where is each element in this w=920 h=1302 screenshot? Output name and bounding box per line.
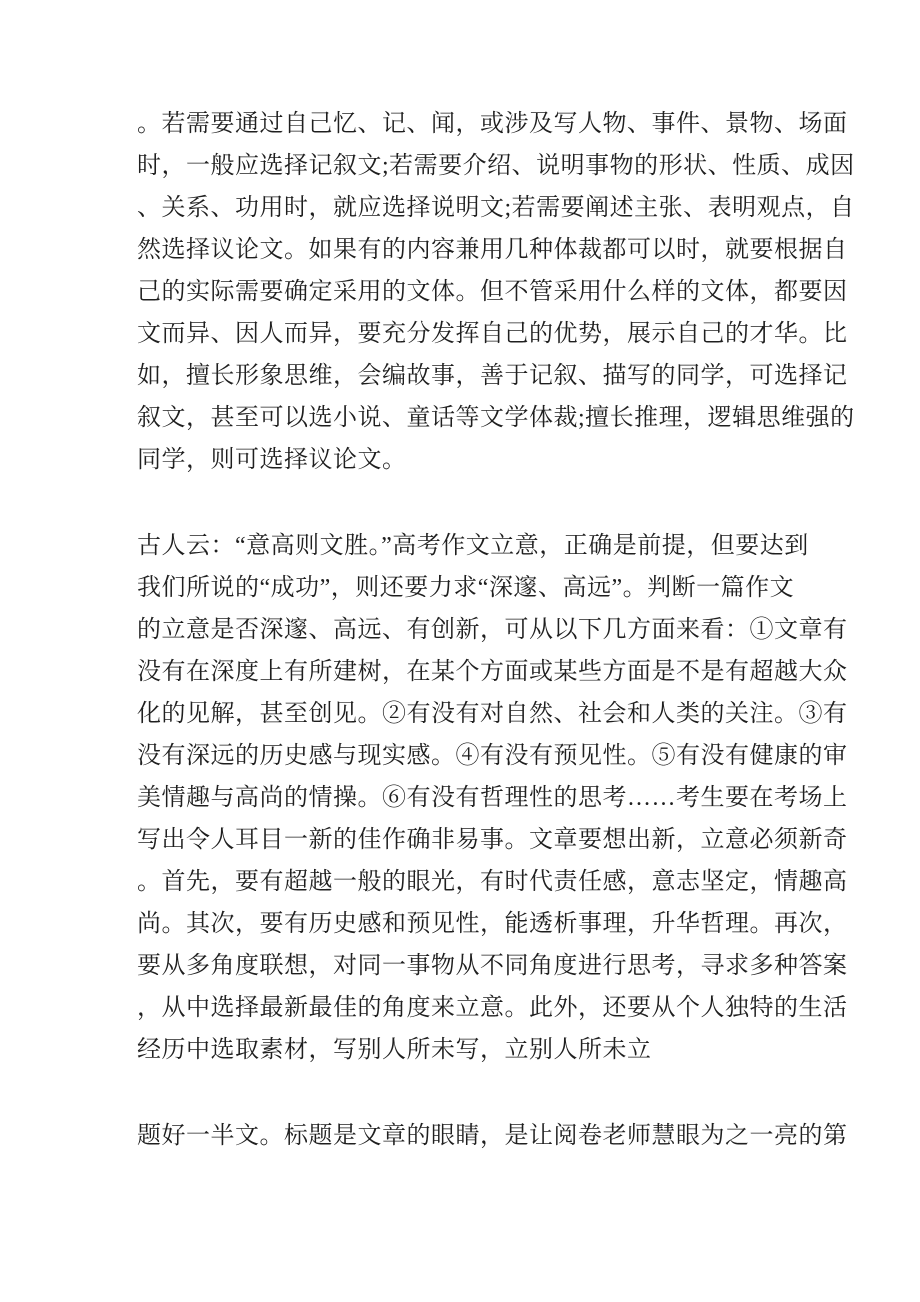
text-line: 古人云：“意高则文胜。”高考作文立意，正确是前提，但要达到	[137, 525, 777, 567]
text-line: 叙文，甚至可以选小说、童话等文学体裁;擅长推理，逻辑思维强的	[137, 397, 777, 439]
text-line: 美情趣与高尚的情操。⑥有没有哲理性的思考……考生要在考场上	[137, 777, 777, 819]
text-line: 题好一半文。标题是文章的眼睛，是让阅卷老师慧眼为之一亮的第	[137, 1115, 777, 1157]
text-line: 我们所说的“成功”，则还要力求“深邃、高远”。判断一篇作文	[137, 567, 777, 609]
paragraph-intention: 古人云：“意高则文胜。”高考作文立意，正确是前提，但要达到 我们所说的“成功”，…	[137, 525, 920, 1071]
paragraph-title-importance: 题好一半文。标题是文章的眼睛，是让阅卷老师慧眼为之一亮的第	[137, 1115, 920, 1157]
text-line: 没有深远的历史感与现实感。④有没有预见性。⑤有没有健康的审	[137, 735, 777, 777]
text-line: ，从中选择最新最佳的角度来立意。此外，还要从个人独特的生活	[137, 987, 777, 1029]
document-page: 。若需要通过自己忆、记、闻，或涉及写人物、事件、景物、场面 时，一般应选择记叙文…	[0, 0, 920, 1302]
text-line: 化的见解，甚至创见。②有没有对自然、社会和人类的关注。③有	[137, 693, 777, 735]
text-line: 同学，则可选择议论文。	[137, 439, 777, 481]
text-line: 己的实际需要确定采用的文体。但不管采用什么样的文体，都要因	[137, 271, 777, 313]
text-line: 没有在深度上有所建树，在某个方面或某些方面是不是有超越大众	[137, 651, 777, 693]
text-line: 。若需要通过自己忆、记、闻，或涉及写人物、事件、景物、场面	[137, 103, 777, 145]
text-line: 要从多角度联想，对同一事物从不同角度进行思考，寻求多种答案	[137, 945, 777, 987]
paragraph-genre-choice: 。若需要通过自己忆、记、闻，或涉及写人物、事件、景物、场面 时，一般应选择记叙文…	[137, 103, 920, 481]
text-line: 如，擅长形象思维，会编故事，善于记叙、描写的同学，可选择记	[137, 355, 777, 397]
text-line: 写出令人耳目一新的佳作确非易事。文章要想出新，立意必须新奇	[137, 819, 777, 861]
text-line: 。首先，要有超越一般的眼光，有时代责任感，意志坚定，情趣高	[137, 861, 777, 903]
text-line: 尚。其次，要有历史感和预见性，能透析事理，升华哲理。再次，	[137, 903, 777, 945]
text-line: 文而异、因人而异，要充分发挥自己的优势，展示自己的才华。比	[137, 313, 777, 355]
text-line: 然选择议论文。如果有的内容兼用几种体裁都可以时，就要根据自	[137, 229, 777, 271]
text-line: 时，一般应选择记叙文;若需要介绍、说明事物的形状、性质、成因	[137, 145, 777, 187]
text-line: 经历中选取素材，写别人所未写，立别人所未立	[137, 1029, 777, 1071]
text-line: 、关系、功用时，就应选择说明文;若需要阐述主张、表明观点，自	[137, 187, 777, 229]
text-line: 的立意是否深邃、高远、有创新，可从以下几方面来看：①文章有	[137, 609, 777, 651]
